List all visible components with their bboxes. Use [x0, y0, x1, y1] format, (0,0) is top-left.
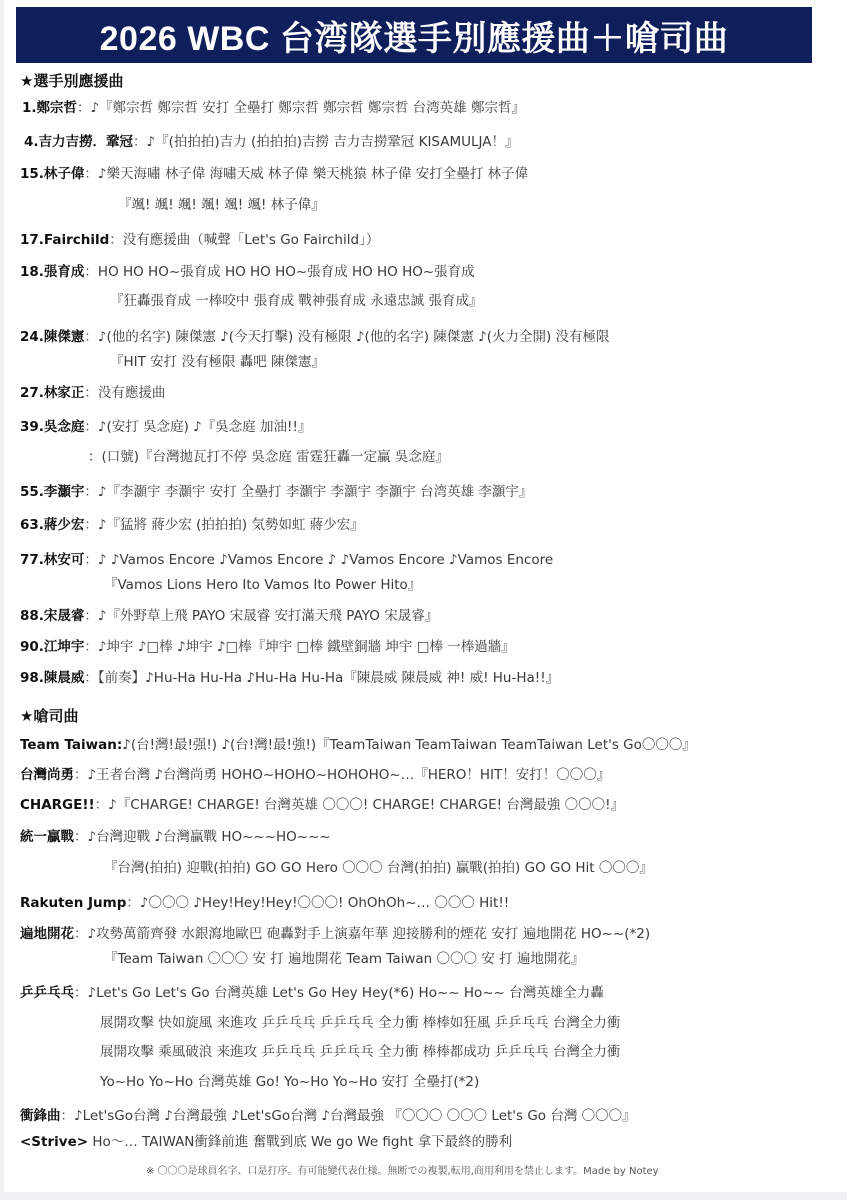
player-row-18-cont: 『狂轟張育成 一棒咬中 張育成 戰神張育成 永遠忠誠 張育成』 [110, 292, 482, 310]
player-label: 55.李灝宇 [20, 484, 84, 500]
chant-text: ♪『鄭宗哲 鄭宗哲 安打 全壘打 鄭宗哲 鄭宗哲 鄭宗哲 台湾英雄 鄭宗哲』 [91, 100, 525, 116]
chant-label: Rakuten Jump [20, 895, 126, 911]
chant-row-taiwan-shangyong: 台灣尚勇：♪王者台灣 ♪台灣尚勇 HOHO~HOHO~HOHOHO~…『HERO… [20, 766, 610, 784]
chant-row-strive: <Strive> Ho～… TAIWAN衝鋒前進 奮戰到底 We go We f… [20, 1133, 512, 1151]
player-label: 17.Fairchild [20, 232, 109, 248]
chant-row-uni-win: 統一贏戰：♪台灣迎戰 ♪台灣贏戰 HO~~~HO~~~ [20, 828, 331, 846]
chant-text: HO HO HO~張育成 HO HO HO~張育成 HO HO HO~張育成 [98, 264, 475, 280]
chant-text: ♪Let'sGo台灣 ♪台灣最強 ♪Let'sGo台灣 ♪台灣最強 『〇〇〇 〇… [74, 1108, 636, 1124]
chant-text: ♪Let's Go Let's Go 台灣英雄 Let's Go Hey Hey… [88, 985, 604, 1001]
chant-label: CHARGE!! [20, 797, 95, 813]
chant-text: ♪(安打 吳念庭) ♪『吳念庭 加油!!』 [98, 419, 311, 435]
player-row-98: 98.陳晨威：【前奏】♪Hu-Ha Hu-Ha ♪Hu-Ha Hu-Ha『陳晨威… [20, 669, 559, 687]
chant-text: ♪『(拍拍拍)吉力 (拍拍拍)吉撈 吉力吉撈鞏冠 KISAMULJA！』 [147, 134, 519, 150]
player-row-77-cont: 『Vamos Lions Hero Ito Vamos Ito Power Hi… [104, 576, 421, 594]
player-label: 63.蔣少宏 [20, 517, 84, 533]
player-label: 24.陳傑憲 [20, 329, 84, 345]
chant-label: 台灣尚勇 [20, 767, 74, 783]
chant-text: 【前奏】♪Hu-Ha Hu-Ha ♪Hu-Ha Hu-Ha『陳晨威 陳晨威 神!… [98, 670, 559, 686]
player-row-39-cont: ：(口號)『台灣拋瓦打不停 吳念庭 雷霆狂轟一定贏 吳念庭』 [88, 448, 449, 466]
player-label: 77.林安可 [20, 552, 84, 568]
chant-row-pingpong-cont-1: 展開攻擊 快如旋風 来進攻 乒乒乓乓 乒乒乓乓 全力衝 棒棒如狂風 乒乒乓乓 台… [100, 1014, 620, 1032]
chant-text: ♪王者台灣 ♪台灣尚勇 HOHO~HOHO~HOHOHO~…『HERO！HIT！… [88, 767, 611, 783]
chant-text: ♪(台!灣!最!强!) ♪(台!灣!最!強!)『TeamTaiwan TeamT… [122, 737, 696, 753]
chants-heading: ★嗆司曲 [20, 705, 78, 726]
player-row-24-cont: 『HIT 安打 没有極限 轟吧 陳傑憲』 [110, 353, 325, 371]
chant-text: ♪攻勢萬箭齊發 水銀瀉地歐巴 砲轟對手上演嘉年華 迎接勝利的煙花 安打 遍地開花… [88, 926, 651, 942]
player-row-63: 63.蔣少宏：♪『猛將 蔣少宏 (拍拍拍) 気勢如虹 蔣少宏』 [20, 516, 364, 534]
player-label: 4.吉力吉撈．鞏冠 [24, 134, 133, 150]
player-label: 90.江坤宇 [20, 639, 84, 655]
player-row-15-cont: 『颯! 颯! 颯! 颯! 颯! 颯! 林子偉』 [118, 196, 325, 214]
player-row-90: 90.江坤宇：♪坤宇 ♪□棒 ♪坤宇 ♪□棒『坤宇 □棒 鐵壁銅牆 坤宇 □棒 … [20, 638, 515, 656]
chant-text: ♪『猛將 蔣少宏 (拍拍拍) 気勢如虹 蔣少宏』 [98, 517, 364, 533]
chant-text: ♪坤宇 ♪□棒 ♪坤宇 ♪□棒『坤宇 □棒 鐵壁銅牆 坤宇 □棒 一棒過牆』 [98, 639, 515, 655]
chant-row-rakuten-jump: Rakuten Jump：♪〇〇〇 ♪Hey!Hey!Hey!〇〇〇! OhOh… [20, 894, 509, 912]
player-label: 27.林家正 [20, 385, 84, 401]
chant-label: 統一贏戰 [20, 829, 74, 845]
chant-text: ♪樂天海嘯 林子偉 海嘯天威 林子偉 樂天桃猿 林子偉 安打全壘打 林子偉 [98, 166, 528, 182]
chant-text: ♪『CHARGE! CHARGE! 台灣英雄 〇〇〇! CHARGE! CHAR… [108, 797, 624, 813]
chant-text: ♪台灣迎戰 ♪台灣贏戰 HO~~~HO~~~ [88, 829, 331, 845]
chant-label: Team Taiwan: [20, 737, 122, 753]
chant-label: 乒乒乓乓 [20, 985, 74, 1001]
player-row-18: 18.張育成：HO HO HO~張育成 HO HO HO~張育成 HO HO H… [20, 263, 475, 281]
chant-row-chongfeng: 衝鋒曲：♪Let'sGo台灣 ♪台灣最強 ♪Let'sGo台灣 ♪台灣最強 『〇… [20, 1107, 636, 1125]
chant-row-pingpong: 乒乒乓乓：♪Let's Go Let's Go 台灣英雄 Let's Go He… [20, 984, 604, 1002]
chant-row-pingpong-cont-2: 展開攻擊 乘風破浪 来進攻 乒乒乓乓 乒乒乓乓 全力衝 棒棒都成功 乒乒乓乓 台… [100, 1043, 620, 1061]
chant-row-charge: CHARGE!!：♪『CHARGE! CHARGE! 台灣英雄 〇〇〇! CHA… [20, 796, 624, 814]
chant-label: <Strive> [20, 1134, 88, 1150]
player-row-15: 15.林子偉：♪樂天海嘯 林子偉 海嘯天威 林子偉 樂天桃猿 林子偉 安打全壘打… [20, 165, 528, 183]
player-row-4: 4.吉力吉撈．鞏冠：♪『(拍拍拍)吉力 (拍拍拍)吉撈 吉力吉撈鞏冠 KISAM… [24, 133, 519, 151]
player-label: 98.陳晨威 [20, 670, 84, 686]
players-heading: ★選手別應援曲 [20, 70, 123, 91]
chant-text: ♪『外野草上飛 PAYO 宋晟睿 安打滿天飛 PAYO 宋晟睿』 [98, 608, 438, 624]
page-title: 2026 WBC 台湾隊選手別應援曲＋嗆司曲 [16, 7, 812, 63]
player-row-17: 17.Fairchild：没有應援曲（喊聲「Let's Go Fairchild… [20, 231, 379, 249]
chant-row-uni-win-cont: 『台灣(拍拍) 迎戰(拍拍) GO GO Hero 〇〇〇 台灣(拍拍) 贏戰(… [104, 859, 653, 877]
player-label: 18.張育成 [20, 264, 84, 280]
chant-text: ♪(他的名字) 陳傑憲 ♪(今天打擊) 没有極限 ♪(他的名字) 陳傑憲 ♪(火… [98, 329, 610, 345]
player-row-39: 39.吳念庭：♪(安打 吳念庭) ♪『吳念庭 加油!!』 [20, 418, 311, 436]
chant-text: ♪『李灝宇 李灝宇 安打 全壘打 李灝宇 李灝宇 李灝宇 台湾英雄 李灝宇』 [98, 484, 532, 500]
player-row-1: 1.鄭宗哲：♪『鄭宗哲 鄭宗哲 安打 全壘打 鄭宗哲 鄭宗哲 鄭宗哲 台湾英雄 … [22, 99, 525, 117]
chant-text: ♪〇〇〇 ♪Hey!Hey!Hey!〇〇〇! OhOhOh~… 〇〇〇 Hit!… [140, 895, 509, 911]
chant-text: 没有應援曲 [98, 385, 166, 401]
player-row-77: 77.林安可：♪ ♪Vamos Encore ♪Vamos Encore ♪ ♪… [20, 551, 553, 569]
player-row-24: 24.陳傑憲：♪(他的名字) 陳傑憲 ♪(今天打擊) 没有極限 ♪(他的名字) … [20, 328, 610, 346]
player-label: 88.宋晟睿 [20, 608, 84, 624]
player-row-88: 88.宋晟睿：♪『外野草上飛 PAYO 宋晟睿 安打滿天飛 PAYO 宋晟睿』 [20, 607, 438, 625]
player-row-27: 27.林家正：没有應援曲 [20, 384, 165, 402]
player-label: 15.林子偉 [20, 166, 84, 182]
chant-text: Ho～… TAIWAN衝鋒前進 奮戰到底 We go We fight 拿下最終… [88, 1134, 512, 1150]
footnote: ※ 〇〇〇是球員名字、口是打序。有可能變代表仕様。無断での複製,転用,商用利用を… [146, 1162, 659, 1177]
chant-label: 遍地開花 [20, 926, 74, 942]
chant-row-pingpong-cont-3: Yo~Ho Yo~Ho 台灣英雄 Go! Yo~Ho Yo~Ho 安打 全壘打(… [100, 1073, 479, 1091]
player-row-55: 55.李灝宇：♪『李灝宇 李灝宇 安打 全壘打 李灝宇 李灝宇 李灝宇 台湾英雄… [20, 483, 532, 501]
player-label: 39.吳念庭 [20, 419, 84, 435]
player-label: 1.鄭宗哲 [22, 100, 77, 116]
chant-text: 没有應援曲（喊聲「Let's Go Fairchild」） [123, 232, 380, 248]
chant-row-bianti-kaihua-cont: 『Team Taiwan 〇〇〇 安 打 遍地開花 Team Taiwan 〇〇… [104, 950, 584, 968]
chant-text: ♪ ♪Vamos Encore ♪Vamos Encore ♪ ♪Vamos E… [98, 552, 553, 568]
chant-row-bianti-kaihua: 遍地開花：♪攻勢萬箭齊發 水銀瀉地歐巴 砲轟對手上演嘉年華 迎接勝利的煙花 安打… [20, 925, 650, 943]
chant-row-team-taiwan: Team Taiwan:♪(台!灣!最!强!) ♪(台!灣!最!強!)『Team… [20, 736, 696, 754]
chant-label: 衝鋒曲 [20, 1108, 61, 1124]
